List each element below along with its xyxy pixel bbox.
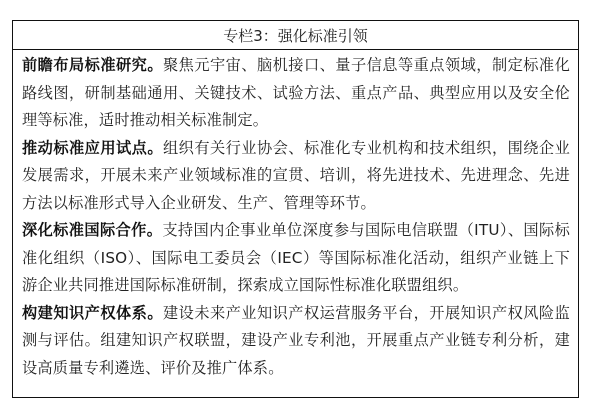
section-ip-system: 构建知识产权体系。建设未来产业知识产权运营服务平台，开展知识产权风险监测与评估。… (22, 300, 570, 383)
section-standard-pilot: 推动标准应用试点。组织有关行业协会、标准化专业机构和技术组织，围绕企业发展需求，… (22, 135, 570, 218)
column-box: 专栏3：强化标准引领 前瞻布局标准研究。聚焦元宇宙、脑机接口、量子信息等重点领域… (12, 20, 579, 398)
column-title: 专栏3：强化标准引领 (13, 21, 578, 50)
section-heading: 前瞻布局标准研究。 (22, 56, 163, 74)
section-heading: 深化标准国际合作。 (22, 221, 162, 239)
section-heading: 推动标准应用试点。 (22, 139, 163, 157)
section-heading: 构建知识产权体系。 (22, 304, 163, 322)
column-body: 前瞻布局标准研究。聚焦元宇宙、脑机接口、量子信息等重点领域，制定标准化路线图，研… (13, 50, 578, 382)
section-international-cooperation: 深化标准国际合作。支持国内企事业单位深度参与国际电信联盟（ITU）、国际标准化组… (22, 217, 570, 300)
section-standard-research: 前瞻布局标准研究。聚焦元宇宙、脑机接口、量子信息等重点领域，制定标准化路线图，研… (22, 52, 570, 135)
